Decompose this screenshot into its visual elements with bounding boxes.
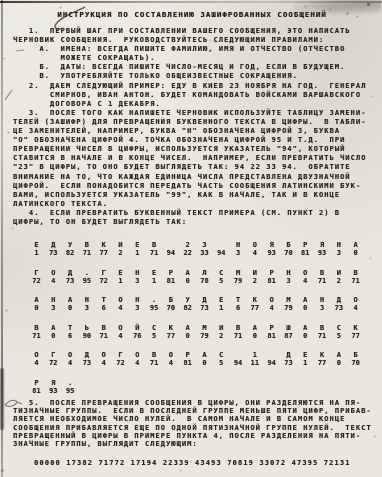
cipher-code-cell: 6: [62, 332, 79, 340]
cipher-code-cell: 81: [263, 277, 280, 285]
cipher-letter-cell: В: [95, 324, 112, 332]
cipher-letter-cell: Я: [45, 379, 62, 387]
cipher-code-cell: 79: [196, 332, 213, 340]
cipher-code-cell: 93: [45, 387, 62, 395]
cipher-letter-cell: О: [246, 241, 263, 249]
body-text-sections-1-4: 1. ПЕРВЫЙ ШАГ ПРИ СОСТАВЛЕНИИ ВАШЕГО СОО…: [13, 27, 366, 227]
cipher-code-cell: 73: [280, 359, 297, 367]
cipher-letters-line: АНАНТОН.БУДЕТКОМАНДО: [28, 296, 368, 304]
cipher-code-cell: 0: [246, 332, 263, 340]
cipher-letter-cell: А: [179, 269, 196, 277]
cipher-code-cell: 70: [280, 249, 297, 257]
cipher-row: АНАНТОН.БУДЕТКОМАНДО03036439570827316774…: [28, 296, 368, 312]
typewritten-text-line: ЦИФРЫ, ТО ОН БУДЕТ ВЫГЛЯДЕТЬ ТАК:: [13, 218, 366, 227]
cipher-letter-cell: Е: [112, 269, 129, 277]
cipher-code-cell: 1: [297, 359, 314, 367]
cipher-code-cell: 93: [263, 249, 280, 257]
cipher-code-cell: 71: [314, 332, 331, 340]
cipher-code-cell: 0: [297, 332, 314, 340]
cipher-code-cell: 2: [330, 277, 347, 285]
cipher-code-cell: 3: [330, 249, 347, 257]
scan-noise-specks: [0, 0, 1, 1]
cipher-letter-cell: В: [314, 324, 331, 332]
cipher-letter-cell: Т: [62, 324, 79, 332]
body-text-section-5: 5. ПОСЛЕ ПРЕВРАЩЕНИЯ СООБЩЕНИЯ В ЦИФРЫ, …: [13, 399, 372, 448]
cipher-letter-cell: О: [112, 296, 129, 304]
cipher-code-cell: 71: [146, 249, 163, 257]
cipher-code-cell: 1: [112, 277, 129, 285]
typewritten-text-line: 4. ЕСЛИ ПРЕВРАТИТЬ БУКВЕННЫЙ ТЕКСТ ПРИМЕ…: [13, 209, 366, 218]
cipher-letter-cell: Д: [280, 351, 297, 359]
cipher-code-cell: 71: [78, 249, 95, 257]
cipher-letter-cell: Б: [162, 296, 179, 304]
cipher-code-cell: 0: [330, 359, 347, 367]
cipher-code-cell: 81: [162, 277, 179, 285]
cipher-letter-cell: К: [347, 324, 364, 332]
cipher-code-cell: 71: [146, 359, 163, 367]
cipher-codes-line: 7106907147657707927108187071577: [28, 332, 368, 340]
cipher-letter-cell: В: [146, 241, 163, 249]
cipher-letter-cell: О: [28, 351, 45, 359]
cipher-code-cell: 77: [162, 332, 179, 340]
cipher-code-cell: 4: [297, 277, 314, 285]
cipher-code-cell: 94: [263, 359, 280, 367]
cipher-letter-cell: О: [129, 351, 146, 359]
cipher-letter-cell: Е: [129, 241, 146, 249]
cipher-code-cell: 4: [95, 359, 112, 367]
cipher-code-cell: 1: [146, 277, 163, 285]
cipher-letter-cell: Д: [78, 351, 95, 359]
cipher-letters-line: ВАТЬВОЙСКАМИВАРШАВСК: [28, 324, 368, 332]
cipher-code-cell: 77: [314, 359, 331, 367]
typewritten-text-line: 3. ПОСЛЕ ТОГО КАК НАПИШЕТЕ ЧЕРНОВИК ИСПО…: [13, 109, 366, 118]
cipher-letter-cell: Н: [230, 241, 247, 249]
cipher-code-cell: 3: [45, 304, 62, 312]
typewritten-text-line: ВАМИ, ИСПОЛЬЗУЕТСЯ УКАЗАТЕЛЬ "99", КАК В…: [13, 191, 366, 200]
cipher-letter-cell: А: [297, 296, 314, 304]
cipher-code-cell: 81: [263, 332, 280, 340]
cipher-code-cell: 3: [314, 304, 331, 312]
cipher-letter-cell: А: [62, 296, 79, 304]
cipher-code-cell: 77: [347, 332, 364, 340]
cipher-code-cell: 4: [112, 332, 129, 340]
cipher-letter-cell: [263, 351, 280, 359]
scanned-document-page: ИНСТРУКЦИЯ ПО СОСТАВЛЕНИЮ ЗАШИФРОВАННЫХ …: [0, 0, 382, 477]
cipher-code-cell: 95: [62, 387, 79, 395]
cipher-letter-cell: Д: [196, 296, 213, 304]
cipher-code-cell: 70: [347, 359, 364, 367]
five-digit-groups-line: 00000 17382 71772 17194 22339 43493 7081…: [34, 459, 351, 467]
cipher-letter-cell: Н: [78, 296, 95, 304]
cipher-letter-cell: Е: [297, 351, 314, 359]
cipher-code-cell: 0: [28, 304, 45, 312]
cipher-letter-cell: Й: [129, 324, 146, 332]
cipher-code-cell: 94: [230, 359, 247, 367]
typewritten-text-line: 1. ПЕРВЫЙ ШАГ ПРИ СОСТАВЛЕНИИ ВАШЕГО СОО…: [13, 27, 366, 36]
cipher-code-cell: 76: [129, 332, 146, 340]
cipher-letter-cell: А: [196, 351, 213, 359]
typewritten-text-line: СООБЩЕНИЯ ПРИБАВЛЯЕТСЯ ЕЩЕ ПО ОДНОЙ ПЯТИ…: [13, 424, 372, 432]
typewritten-text-line: "О" ОБОЗНАЧЕНА ЦИФРОЙ 4. ТОЧКА ОБОЗНАЧЕН…: [13, 136, 366, 145]
cipher-code-cell: 79: [280, 304, 297, 312]
cipher-code-cell: 94: [162, 249, 179, 257]
cipher-codes-line: 724739572131810785792813471271: [28, 277, 368, 285]
cipher-letter-cell: А: [246, 324, 263, 332]
cipher-letter-cell: М: [196, 324, 213, 332]
cipher-code-cell: 4: [246, 249, 263, 257]
cipher-letter-cell: Б: [280, 241, 297, 249]
cipher-letter-cell: У: [62, 241, 79, 249]
cipher-letters-line: ЕДУВКИЕВ23НОЯБРЯНА: [28, 241, 368, 249]
cipher-letter-cell: Ь: [78, 324, 95, 332]
cipher-code-cell: 71: [28, 332, 45, 340]
cipher-code-cell: 2: [213, 332, 230, 340]
typewritten-text-line: ДОГОВОРА С 1 ДЕКАБРЯ.: [13, 100, 366, 109]
cipher-letter-cell: Т: [95, 296, 112, 304]
typewritten-text-line: ЛАТИНСКОГО ТЕКСТА.: [13, 200, 366, 209]
cipher-code-cell: 3: [230, 249, 247, 257]
typewritten-text-line: "23" В ЦИФРЫ, ТО ОНО БУДЕТ ВЫГЛЯДЕТЬ ТАК…: [13, 163, 366, 172]
cipher-letter-cell: Р: [179, 351, 196, 359]
cipher-code-cell: 90: [78, 332, 95, 340]
typewritten-text-line: ПРЕВРАЩЕННЫЙ В ЦИФРЫ В ПРИМЕРЕ ПУНКТА 4,…: [13, 432, 372, 440]
cipher-letter-cell: И: [112, 241, 129, 249]
cipher-letter-cell: Л: [196, 269, 213, 277]
cipher-letter-cell: Р: [28, 379, 45, 387]
cipher-code-cell: 5: [213, 359, 230, 367]
cipher-letter-cell: Р: [162, 269, 179, 277]
cipher-code-cell: 3: [129, 277, 146, 285]
cipher-letter-cell: Р: [263, 324, 280, 332]
cipher-code-cell: 72: [95, 277, 112, 285]
cipher-letter-cell: Б: [347, 351, 364, 359]
cipher-letter-cell: Д: [62, 269, 79, 277]
typewritten-text-line: ЗНАЧНЫЕ ГРУППЫ, ВЫГЛЯДИТ СЛЕДУЮЩИМ:: [13, 440, 372, 448]
cipher-code-cell: 3: [129, 304, 146, 312]
typewritten-text-line: ЛЯЕТСЯ НЕОБХОДИМОЕ ЧИСЛО НУЛЕЙ. В САМОМ …: [13, 415, 372, 423]
cipher-letter-cell: О: [347, 296, 364, 304]
cipher-code-cell: 3: [280, 277, 297, 285]
cipher-letter-cell: В: [230, 324, 247, 332]
cipher-letter-cell: Г: [112, 351, 129, 359]
cipher-codes-line: 819395: [28, 387, 368, 395]
cipher-letter-cell: К: [246, 296, 263, 304]
cipher-code-cell: 82: [62, 249, 79, 257]
cipher-code-cell: 4: [28, 359, 45, 367]
cipher-code-cell: 2: [246, 277, 263, 285]
cipher-letter-cell: С: [330, 324, 347, 332]
typewritten-text-line: ЦЕ ЗАМЕНИТЕЛЕЙ, НАПРИМЕР, БУКВА "Н" ОБОЗ…: [13, 127, 366, 136]
cipher-code-cell: 6: [95, 304, 112, 312]
cipher-letter-cell: Р: [297, 241, 314, 249]
cipher-code-cell: 93: [314, 249, 331, 257]
cipher-code-cell: 73: [330, 304, 347, 312]
cipher-letter-cell: О: [62, 351, 79, 359]
cipher-row: ОГОДОГОВОРАС1ДЕКАБ4724734724714810594119…: [28, 351, 368, 367]
cipher-letter-cell: В: [347, 269, 364, 277]
cipher-code-cell: 4: [45, 277, 62, 285]
typewritten-text-line: 5. ПОСЛЕ ПРЕВРАЩЕНИЯ СООБЩЕНИЯ В ЦИФРЫ, …: [13, 399, 372, 407]
cipher-code-cell: 81: [297, 249, 314, 257]
cipher-letter-cell: Г: [45, 351, 62, 359]
cipher-letter-cell: В: [78, 241, 95, 249]
cipher-letter-cell: К: [95, 241, 112, 249]
cipher-code-cell: 79: [230, 277, 247, 285]
cipher-letter-cell: М: [280, 296, 297, 304]
cipher-code-cell: 4: [129, 359, 146, 367]
cipher-letter-cell: .: [146, 296, 163, 304]
cipher-code-cell: 1: [129, 249, 146, 257]
typewritten-text-line: ЧЕРНОВИК СООБЩЕНИЯ. РУКОВОДСТВУЙТЕСЬ СЛЕ…: [13, 36, 366, 45]
cipher-letter-cell: .: [78, 269, 95, 277]
cipher-letter-cell: Н: [45, 296, 62, 304]
cipher-code-cell: 70: [162, 304, 179, 312]
cipher-letter-cell: [162, 241, 179, 249]
typewritten-text-line: А. ИМЕНА: ВСЕГДА ПИШИТЕ ФАМИЛИЮ, ИМЯ И О…: [13, 45, 366, 54]
document-title: ИНСТРУКЦИЯ ПО СОСТАВЛЕНИЮ ЗАШИФРОВАННЫХ …: [36, 10, 348, 19]
cipher-code-cell: 71: [347, 277, 364, 285]
cipher-code-cell: 78: [196, 277, 213, 285]
cipher-letter-cell: У: [179, 296, 196, 304]
cipher-code-cell: 95: [146, 304, 163, 312]
cipher-letter-cell: О: [263, 296, 280, 304]
cipher-letter-cell: Е: [28, 241, 45, 249]
cipher-code-cell: 71: [314, 277, 331, 285]
cipher-code-cell: 72: [45, 359, 62, 367]
typewritten-text-line: В. УПОТРЕБЛЯЙТЕ ТОЛЬКО ОБЩЕИЗВЕСТНЫЕ СОК…: [13, 72, 366, 81]
cipher-letter-cell: О: [45, 269, 62, 277]
cipher-letter-cell: А: [45, 324, 62, 332]
typewritten-text-line: МОЖЕТЕ СОКРАЩАТЬ).: [13, 54, 366, 63]
cipher-code-cell: 81: [179, 359, 196, 367]
cipher-letter-cell: Н: [330, 241, 347, 249]
cipher-letter-cell: А: [330, 351, 347, 359]
typewritten-text-line: 2. ДАЕМ СЛЕДУЮЩИЙ ПРИМЕР: ЕДУ В КИЕВ 23 …: [13, 82, 366, 91]
cipher-code-cell: 95: [78, 277, 95, 285]
cipher-letter-cell: О: [297, 269, 314, 277]
cipher-letter-cell: В: [28, 324, 45, 332]
cipher-code-cell: 71: [230, 332, 247, 340]
cipher-code-cell: 82: [179, 304, 196, 312]
cipher-letter-cell: А: [297, 324, 314, 332]
cipher-letter-cell: Н: [129, 269, 146, 277]
typewritten-text-line: ПРЕВРАЩЕНИИ ЧИСЕЛ В ЦИФРЫ, ИСПОЛЬЗУЕТСЯ …: [13, 145, 366, 154]
cipher-code-cell: 5: [213, 277, 230, 285]
cipher-letter-cell: А: [28, 296, 45, 304]
cipher-row: ГОД.ГЕНЕРАЛСМИРНОВИВ72473957213181078579…: [28, 269, 368, 285]
typewritten-text-line: СМИРНОВ, ИВАН АНТОН. БУДЕТ КОМАНДОВАТЬ В…: [13, 91, 366, 100]
cipher-row: ВАТЬВОЙСКАМИВАРШАВСК71069071476577079271…: [28, 324, 368, 340]
cipher-code-cell: 73: [78, 359, 95, 367]
cipher-code-cell: 0: [347, 249, 364, 257]
cipher-letter-cell: А: [179, 324, 196, 332]
cipher-letter-cell: Н: [280, 269, 297, 277]
cipher-codes-line: 030364395708273167747903734: [28, 304, 368, 312]
cipher-code-cell: 1: [213, 304, 230, 312]
cipher-letter-cell: Н: [314, 296, 331, 304]
cipher-letter-cell: Е: [213, 296, 230, 304]
cipher-code-cell: 3: [78, 304, 95, 312]
cipher-code-cell: 33: [196, 249, 213, 257]
cipher-code-cell: 22: [179, 249, 196, 257]
cipher-letters-line: РЯ.: [28, 379, 368, 387]
cipher-letter-cell: Г: [95, 269, 112, 277]
cipher-letter-cell: Д: [330, 296, 347, 304]
cipher-code-cell: 0: [297, 304, 314, 312]
cipher-code-cell: 0: [179, 332, 196, 340]
cipher-code-cell: 0: [45, 332, 62, 340]
typewritten-text-line: СТАВИТСЯ В НАЧАЛЕ И В КОНЦЕ ЧИСЕЛ. НАПРИ…: [13, 154, 366, 163]
cipher-code-cell: 73: [196, 304, 213, 312]
typewritten-text-line: ВНИМАНИЕ НА ТО, ЧТО КАЖДАЯ ЕДИНИЦА ЧИСЛА…: [13, 173, 366, 182]
cipher-code-cell: 0: [62, 304, 79, 312]
cipher-code-cell: 4: [162, 359, 179, 367]
cipher-letter-cell: 1: [246, 351, 263, 359]
cipher-codes-line: 173827177217194223394349370819330: [28, 249, 368, 257]
cipher-letter-cell: К: [162, 324, 179, 332]
cipher-code-cell: 4: [263, 304, 280, 312]
cipher-letter-cell: Ш: [280, 324, 297, 332]
cipher-code-cell: 77: [246, 304, 263, 312]
cipher-letter-cell: И: [213, 324, 230, 332]
cipher-code-cell: 5: [330, 332, 347, 340]
cipher-letter-cell: А: [347, 241, 364, 249]
cipher-letter-cell: О: [162, 351, 179, 359]
cipher-letter-cell: Е: [146, 269, 163, 277]
cipher-letter-cell: С: [213, 351, 230, 359]
cipher-code-cell: 5: [146, 332, 163, 340]
cipher-code-cell: 73: [45, 249, 62, 257]
cipher-code-cell: 73: [62, 277, 79, 285]
cipher-letter-cell: Р: [263, 269, 280, 277]
cipher-code-cell: 1: [28, 249, 45, 257]
cipher-row: ЕДУВКИЕВ23НОЯБРЯНА1738271772171942233943…: [28, 241, 368, 257]
cipher-letter-cell: Т: [230, 296, 247, 304]
cipher-row: РЯ.819395: [28, 379, 368, 395]
cipher-letter-cell: Я: [314, 241, 331, 249]
cipher-conversion-table: ЕДУВКИЕВ23НОЯБРЯНА1738271772171942233943…: [28, 241, 368, 406]
cipher-letter-cell: Я: [263, 241, 280, 249]
cipher-letter-cell: Г: [28, 269, 45, 277]
cipher-letter-cell: С: [213, 269, 230, 277]
cipher-code-cell: 94: [213, 249, 230, 257]
cipher-letter-cell: К: [314, 351, 331, 359]
cipher-letters-line: ОГОДОГОВОРАС1ДЕКАБ: [28, 351, 368, 359]
cipher-code-cell: 4: [112, 304, 129, 312]
typewritten-text-line: ТЕЛЕЙ (ЗАШИФР) ДЛЯ ПРЕВРАЩЕНИЯ БУКВЕННОГ…: [13, 118, 366, 127]
cipher-letter-cell: 2: [179, 241, 196, 249]
cipher-letter-cell: И: [330, 269, 347, 277]
cipher-letter-cell: О: [112, 324, 129, 332]
cipher-letter-cell: С: [146, 324, 163, 332]
cipher-letter-cell: Д: [45, 241, 62, 249]
cipher-code-cell: 71: [95, 332, 112, 340]
cipher-code-cell: 77: [95, 249, 112, 257]
cipher-code-cell: 72: [28, 277, 45, 285]
cipher-code-cell: 4: [347, 304, 364, 312]
cipher-letter-cell: О: [95, 351, 112, 359]
cipher-code-cell: 0: [179, 277, 196, 285]
cipher-code-cell: 11: [246, 359, 263, 367]
cipher-code-cell: 81: [28, 387, 45, 395]
cipher-letter-cell: М: [230, 269, 247, 277]
scan-edge-left-smudge: [0, 368, 4, 430]
cipher-code-cell: 6: [230, 304, 247, 312]
cipher-letter-cell: .: [62, 379, 79, 387]
cipher-letter-cell: 3: [196, 241, 213, 249]
cipher-code-cell: 0: [196, 359, 213, 367]
cipher-code-cell: 87: [280, 332, 297, 340]
cipher-letter-cell: Н: [129, 296, 146, 304]
cipher-letter-cell: И: [246, 269, 263, 277]
cipher-codes-line: 4724734724714810594119473177070: [28, 359, 368, 367]
pen-slash-left-margin: [5, 90, 12, 100]
cipher-letter-cell: [230, 351, 247, 359]
cipher-letters-line: ГОД.ГЕНЕРАЛСМИРНОВИВ: [28, 269, 368, 277]
cipher-code-cell: 72: [112, 359, 129, 367]
cipher-letter-cell: В: [314, 269, 331, 277]
cipher-code-cell: 2: [112, 249, 129, 257]
cipher-code-cell: 4: [62, 359, 79, 367]
typewritten-text-line: ЦИФРОЙ. ЕСЛИ ПОНАДОБИТСЯ ПЕРЕДАТЬ ЧАСТЬ …: [13, 182, 366, 191]
cipher-letter-cell: [213, 241, 230, 249]
cipher-letter-cell: В: [146, 351, 163, 359]
